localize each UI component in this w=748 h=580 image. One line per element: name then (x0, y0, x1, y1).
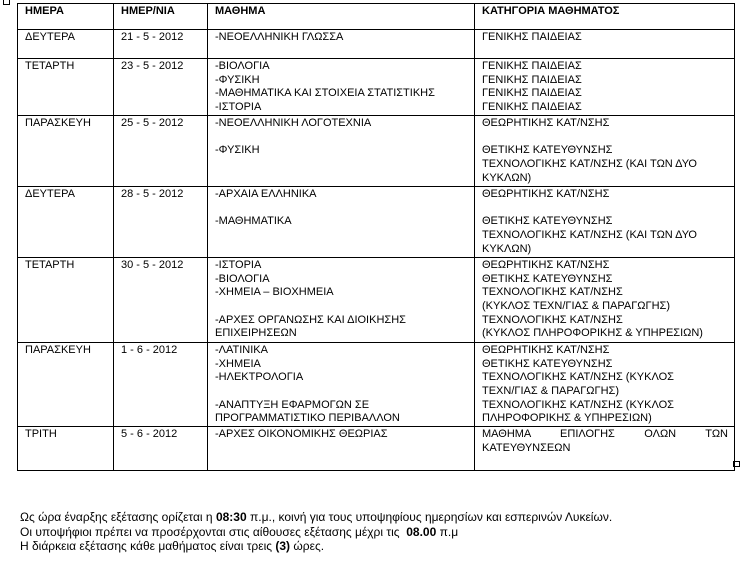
cell-day: ΠΑΡΑΣΚΕΥΗ (18, 343, 114, 427)
cell-date: 25 - 5 - 2012 (114, 116, 208, 187)
header-day: ΗΜΕΡΑ (18, 4, 114, 30)
category-line: ΤΕΧΝΟΛΟΓΙΚΗΣ ΚΑΤ/ΝΣΗΣ (ΚΑΙ ΤΩΝ ΔΥΟ (482, 158, 728, 172)
category-line: ΓΕΝΙΚΗΣ ΠΑΙΔΕΙΑΣ (482, 60, 728, 74)
category-line: ΓΕΝΙΚΗΣ ΠΑΙΔΕΙΑΣ (482, 31, 728, 45)
note-start-time: Ως ώρα έναρξης εξέτασης ορίζεται η 08:30… (20, 510, 612, 525)
header-date: ΗΜΕΡ/ΝΙΑ (114, 4, 208, 30)
subject-line: -ΒΙΟΛΟΓΙΑ (215, 60, 468, 74)
category-line (482, 131, 728, 145)
subject-line (215, 385, 468, 399)
subject-line: -ΜΑΘΗΜΑΤΙΚΑ ΚΑΙ ΣΤΟΙΧΕΙΑ ΣΤΑΤΙΣΤΙΚΗΣ (215, 87, 468, 101)
header-category: ΚΑΤΗΓΟΡΙΑ ΜΑΘΗΜΑΤΟΣ (475, 4, 735, 30)
cell-categories: ΘΕΩΡΗΤΙΚΗΣ ΚΑΤ/ΝΣΗΣΘΕΤΙΚΗΣ ΚΑΤΕΥΘΥΝΣΗΣΤΕ… (475, 116, 735, 187)
exam-notes: Ως ώρα έναρξης εξέτασης ορίζεται η 08:30… (20, 510, 612, 554)
cell-day: ΔΕΥΤΕΡΑ (18, 30, 114, 59)
cell-subjects: -ΝΕΟΕΛΛΗΝΙΚΗ ΛΟΓΟΤΕΧΝΙΑ-ΦΥΣΙΚΗ (208, 116, 475, 187)
note-arrival-time: Οι υποψήφιοι πρέπει να προσέρχονται στις… (20, 525, 612, 540)
category-line: ΘΕΤΙΚΗΣ ΚΑΤΕΥΘΥΝΣΗΣ (482, 358, 728, 372)
category-line (482, 45, 728, 59)
category-line: ΤΕΧΝΟΛΟΓΙΚΗΣ ΚΑΤ/ΝΣΗΣ (482, 286, 728, 300)
category-line: ΚΥΚΛΩΝ) (482, 172, 728, 186)
exam-schedule-table: ΗΜΕΡΑ ΗΜΕΡ/ΝΙΑ ΜΑΘΗΜΑ ΚΑΤΗΓΟΡΙΑ ΜΑΘΗΜΑΤΟ… (17, 3, 735, 471)
subject-line (215, 158, 468, 172)
subject-line (215, 455, 468, 469)
category-line: ΠΛΗΡΟΦΟΡΙΚΗΣ & ΥΠΗΡΕΣΙΩΝ) (482, 412, 728, 426)
table-header-row: ΗΜΕΡΑ ΗΜΕΡ/ΝΙΑ ΜΑΘΗΜΑ ΚΑΤΗΓΟΡΙΑ ΜΑΘΗΜΑΤΟ… (18, 4, 735, 30)
category-line: (ΚΥΚΛΟΣ ΤΕΧΝ/ΓΙΑΣ & ΠΑΡΑΓΩΓΗΣ) (482, 300, 728, 314)
cell-categories: ΘΕΩΡΗΤΙΚΗΣ ΚΑΤ/ΝΣΗΣΘΕΤΙΚΗΣ ΚΑΤΕΥΘΥΝΣΗΣΤΕ… (475, 258, 735, 343)
subject-line: -ΑΡΧΑΙΑ ΕΛΛΗΝΙΚΑ (215, 188, 468, 202)
cell-date: 30 - 5 - 2012 (114, 258, 208, 343)
category-line: ΓΕΝΙΚΗΣ ΠΑΙΔΕΙΑΣ (482, 74, 728, 88)
cell-categories: ΓΕΝΙΚΗΣ ΠΑΙΔΕΙΑΣ (475, 30, 735, 59)
cell-categories: ΘΕΩΡΗΤΙΚΗΣ ΚΑΤ/ΝΣΗΣΘΕΤΙΚΗΣ ΚΑΤΕΥΘΥΝΣΗΣΤΕ… (475, 187, 735, 258)
cell-day: ΤΕΤΑΡΤΗ (18, 59, 114, 116)
cell-categories: ΜΑΘΗΜΑ ΕΠΙΛΟΓΗΣ ΟΛΩΝ ΤΩΝ ΚΑΤΕΥΘΥΝΣΕΩΝ (475, 427, 735, 471)
category-line: (ΚΥΚΛΟΣ ΠΛΗΡΟΦΟΡΙΚΗΣ & ΥΠΗΡΕΣΙΩΝ) (482, 327, 728, 341)
category-line: ΘΕΤΙΚΗΣ ΚΑΤΕΥΘΥΝΣΗΣ (482, 215, 728, 229)
category-line: ΚΥΚΛΩΝ) (482, 243, 728, 257)
subject-line (215, 243, 468, 257)
subject-line: -ΑΡΧΕΣ ΟΙΚΟΝΟΜΙΚΗΣ ΘΕΩΡΙΑΣ (215, 428, 468, 442)
category-line: ΤΕΧΝΟΛΟΓΙΚΗΣ ΚΑΤ/ΝΣΗΣ (ΚΥΚΛΟΣ (482, 371, 728, 385)
category-line: ΓΕΝΙΚΗΣ ΠΑΙΔΕΙΑΣ (482, 101, 728, 115)
category-line: ΘΕΩΡΗΤΙΚΗΣ ΚΑΤ/ΝΣΗΣ (482, 117, 728, 131)
category-line: ΓΕΝΙΚΗΣ ΠΑΙΔΕΙΑΣ (482, 87, 728, 101)
table-row: ΠΑΡΑΣΚΕΥΗ1 - 6 - 2012-ΛΑΤΙΝΙΚΑ-ΧΗΜΕΙΑ-ΗΛ… (18, 343, 735, 427)
subject-line (215, 300, 468, 314)
category-line: ΤΕΧΝΟΛΟΓΙΚΗΣ ΚΑΤ/ΝΣΗΣ (482, 314, 728, 328)
cell-date: 5 - 6 - 2012 (114, 427, 208, 471)
subject-line: -ΙΣΤΟΡΙΑ (215, 101, 468, 115)
cell-date: 21 - 5 - 2012 (114, 30, 208, 59)
cell-subjects: -ΑΡΧΕΣ ΟΙΚΟΝΟΜΙΚΗΣ ΘΕΩΡΙΑΣ (208, 427, 475, 471)
category-line: ΘΕΩΡΗΤΙΚΗΣ ΚΑΤ/ΝΣΗΣ (482, 259, 728, 273)
subject-line: ΠΡΟΓΡΑΜΜΑΤΙΣΤΙΚΟ ΠΕΡΙΒΑΛΛΟΝ (215, 412, 468, 426)
subject-line (215, 45, 468, 59)
subject-line: -ΗΛΕΚΤΡΟΛΟΓΙΑ (215, 371, 468, 385)
category-line (482, 202, 728, 216)
cell-date: 28 - 5 - 2012 (114, 187, 208, 258)
table-row: ΤΕΤΑΡΤΗ23 - 5 - 2012-ΒΙΟΛΟΓΙΑ-ΦΥΣΙΚΗ-ΜΑΘ… (18, 59, 735, 116)
header-subject: ΜΑΘΗΜΑ (208, 4, 475, 30)
subject-line: -ΑΡΧΕΣ ΟΡΓΑΝΩΣΗΣ ΚΑΙ ΔΙΟΙΚΗΣΗΣ (215, 314, 468, 328)
cell-date: 23 - 5 - 2012 (114, 59, 208, 116)
cell-subjects: -ΒΙΟΛΟΓΙΑ-ΦΥΣΙΚΗ-ΜΑΘΗΜΑΤΙΚΑ ΚΑΙ ΣΤΟΙΧΕΙΑ… (208, 59, 475, 116)
category-line: ΘΕΩΡΗΤΙΚΗΣ ΚΑΤ/ΝΣΗΣ (482, 344, 728, 358)
table-row: ΤΕΤΑΡΤΗ30 - 5 - 2012-ΙΣΤΟΡΙΑ-ΒΙΟΛΟΓΙΑ-ΧΗ… (18, 258, 735, 343)
subject-line (215, 131, 468, 145)
cell-day: ΠΑΡΑΣΚΕΥΗ (18, 116, 114, 187)
category-line: ΘΕΤΙΚΗΣ ΚΑΤΕΥΘΥΝΣΗΣ (482, 144, 728, 158)
subject-line: -ΛΑΤΙΝΙΚΑ (215, 344, 468, 358)
cell-date: 1 - 6 - 2012 (114, 343, 208, 427)
subject-line (215, 442, 468, 456)
subject-line (215, 202, 468, 216)
subject-line: -ΦΥΣΙΚΗ (215, 144, 468, 158)
subject-line: -ΙΣΤΟΡΙΑ (215, 259, 468, 273)
cell-subjects: -ΝΕΟΕΛΛΗΝΙΚΗ ΓΛΩΣΣΑ (208, 30, 475, 59)
table-row: ΔΕΥΤΕΡΑ28 - 5 - 2012-ΑΡΧΑΙΑ ΕΛΛΗΝΙΚΑ-ΜΑΘ… (18, 187, 735, 258)
category-line: ΜΑΘΗΜΑ ΕΠΙΛΟΓΗΣ ΟΛΩΝ ΤΩΝ ΚΑΤΕΥΘΥΝΣΕΩΝ (482, 428, 728, 455)
subject-line: -ΧΗΜΕΙΑ – ΒΙΟΧΗΜΕΙΑ (215, 286, 468, 300)
category-line: ΤΕΧΝ/ΓΙΑΣ & ΠΑΡΑΓΩΓΗΣ) (482, 385, 728, 399)
category-line: ΘΕΤΙΚΗΣ ΚΑΤΕΥΘΥΝΣΗΣ (482, 273, 728, 287)
table-row: ΠΑΡΑΣΚΕΥΗ25 - 5 - 2012-ΝΕΟΕΛΛΗΝΙΚΗ ΛΟΓΟΤ… (18, 116, 735, 187)
subject-line: -ΦΥΣΙΚΗ (215, 74, 468, 88)
subject-line: -ΝΕΟΕΛΛΗΝΙΚΗ ΓΛΩΣΣΑ (215, 31, 468, 45)
subject-line: -ΒΙΟΛΟΓΙΑ (215, 273, 468, 287)
cell-day: ΔΕΥΤΕΡΑ (18, 187, 114, 258)
category-line: ΤΕΧΝΟΛΟΓΙΚΗΣ ΚΑΤ/ΝΣΗΣ (ΚΥΚΛΟΣ (482, 399, 728, 413)
subject-line: -ΧΗΜΕΙΑ (215, 358, 468, 372)
cell-day: ΤΕΤΑΡΤΗ (18, 258, 114, 343)
category-line: ΘΕΩΡΗΤΙΚΗΣ ΚΑΤ/ΝΣΗΣ (482, 188, 728, 202)
cell-subjects: -ΑΡΧΑΙΑ ΕΛΛΗΝΙΚΑ-ΜΑΘΗΜΑΤΙΚΑ (208, 187, 475, 258)
cell-day: ΤΡΙΤΗ (18, 427, 114, 471)
table-row: ΤΡΙΤΗ5 - 6 - 2012-ΑΡΧΕΣ ΟΙΚΟΝΟΜΙΚΗΣ ΘΕΩΡ… (18, 427, 735, 471)
subject-line: -ΜΑΘΗΜΑΤΙΚΑ (215, 215, 468, 229)
cell-categories: ΓΕΝΙΚΗΣ ΠΑΙΔΕΙΑΣΓΕΝΙΚΗΣ ΠΑΙΔΕΙΑΣΓΕΝΙΚΗΣ … (475, 59, 735, 116)
subject-line: -ΝΕΟΕΛΛΗΝΙΚΗ ΛΟΓΟΤΕΧΝΙΑ (215, 117, 468, 131)
subject-line (215, 172, 468, 186)
cell-subjects: -ΛΑΤΙΝΙΚΑ-ΧΗΜΕΙΑ-ΗΛΕΚΤΡΟΛΟΓΙΑ-ΑΝΑΠΤΥΞΗ Ε… (208, 343, 475, 427)
note-duration: Η διάρκεια εξέτασης κάθε μαθήματος είναι… (20, 539, 612, 554)
subject-line (215, 229, 468, 243)
category-line: ΤΕΧΝΟΛΟΓΙΚΗΣ ΚΑΤ/ΝΣΗΣ (ΚΑΙ ΤΩΝ ΔΥΟ (482, 229, 728, 243)
subject-line: -ΑΝΑΠΤΥΞΗ ΕΦΑΡΜΟΓΩΝ ΣΕ (215, 399, 468, 413)
cell-categories: ΘΕΩΡΗΤΙΚΗΣ ΚΑΤ/ΝΣΗΣΘΕΤΙΚΗΣ ΚΑΤΕΥΘΥΝΣΗΣΤΕ… (475, 343, 735, 427)
table-row: ΔΕΥΤΕΡΑ21 - 5 - 2012-ΝΕΟΕΛΛΗΝΙΚΗ ΓΛΩΣΣΑΓ… (18, 30, 735, 59)
subject-line: ΕΠΙΧΕΙΡΗΣΕΩΝ (215, 327, 468, 341)
cell-subjects: -ΙΣΤΟΡΙΑ-ΒΙΟΛΟΓΙΑ-ΧΗΜΕΙΑ – ΒΙΟΧΗΜΕΙΑ-ΑΡΧ… (208, 258, 475, 343)
table-move-handle[interactable] (3, 0, 10, 5)
